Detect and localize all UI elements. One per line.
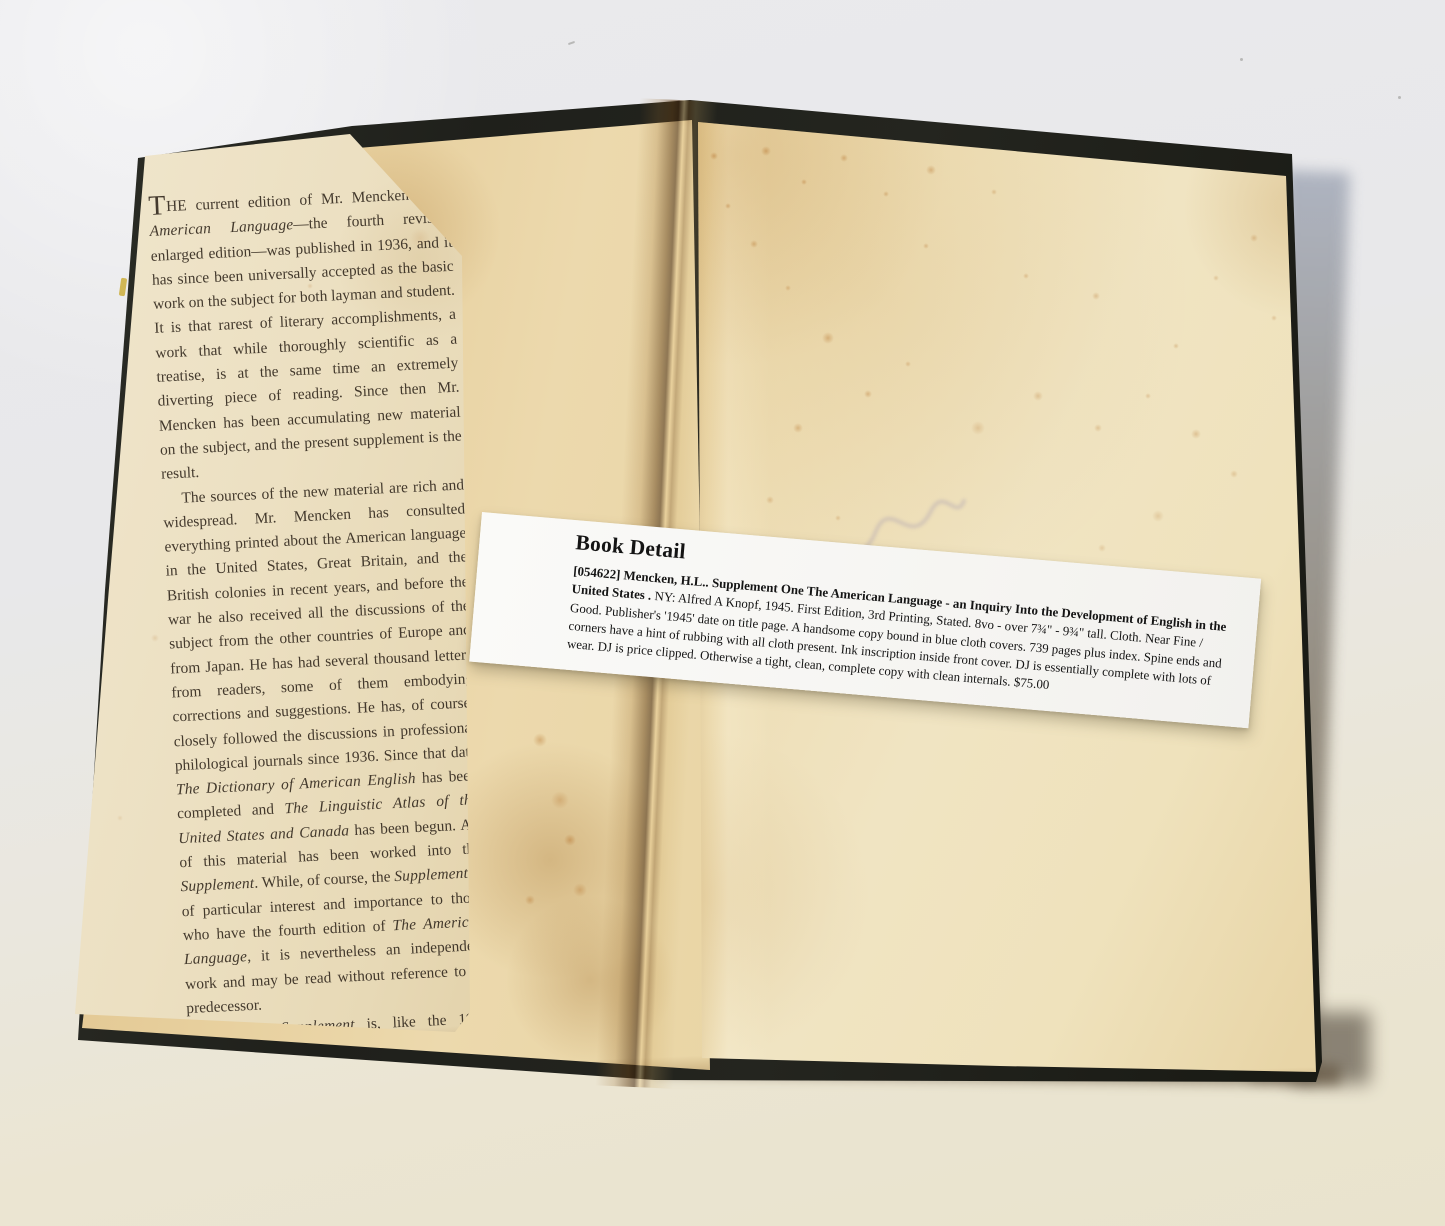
foxing-spot (533, 733, 547, 747)
foxing-spot (883, 191, 889, 197)
foxing-spot (117, 815, 123, 821)
foxing-spot (840, 154, 848, 162)
foxing-spot (793, 423, 803, 433)
foxing-spot (1092, 292, 1100, 300)
dust-speck (568, 41, 575, 45)
foxing-spot (1271, 315, 1277, 321)
foxing-spot (573, 883, 587, 897)
foxing-spot (710, 152, 718, 160)
foxing-spot (761, 146, 771, 156)
foxing-spot (151, 634, 159, 642)
foxing-spot (1213, 275, 1219, 281)
foxing-spot (1023, 273, 1029, 279)
foxing-spot (1250, 234, 1258, 242)
flap-blurb-text: THE current edition of Mr. Mencken's The… (148, 182, 495, 1167)
foxing-spot (1191, 429, 1201, 439)
foxing-spot (822, 332, 834, 344)
foxing-spot (801, 179, 807, 185)
foxing-spot (785, 285, 791, 291)
foxing-spot (864, 390, 872, 398)
foxing-spot (525, 895, 535, 905)
foxing-spot (991, 189, 997, 195)
foxing-spot (1173, 343, 1179, 349)
foxing-spot (1033, 391, 1043, 401)
foxing-spot (766, 496, 774, 504)
photo-of-open-book: THE current edition of Mr. Mencken's The… (0, 0, 1445, 1226)
foxing-spot (725, 203, 731, 209)
foxing-spot (926, 165, 936, 175)
foxing-spot (1152, 510, 1164, 522)
foxing-spot (564, 834, 576, 846)
dust-speck (1398, 96, 1401, 99)
dust-jacket-front-flap: THE current edition of Mr. Mencken's The… (60, 118, 490, 1048)
paint-fleck (119, 278, 127, 297)
foxing-spot (971, 421, 985, 435)
foxing-spot (905, 361, 911, 367)
foxing-spot (1098, 544, 1106, 552)
foxing-spot (551, 791, 569, 809)
foxing-spot (1230, 470, 1238, 478)
dust-speck (1240, 58, 1243, 61)
foxing-spot (1145, 393, 1151, 399)
foxing-spot (923, 243, 929, 249)
foxing-spot (1094, 424, 1102, 432)
foxing-spot (750, 240, 758, 248)
